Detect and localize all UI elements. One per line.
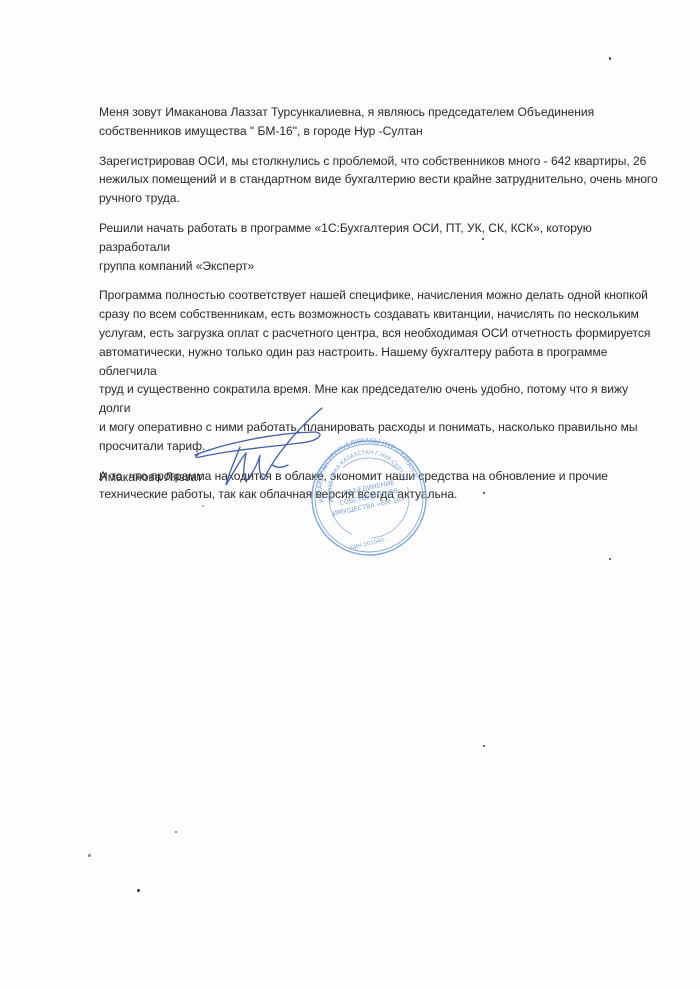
scan-speck	[175, 831, 177, 833]
scan-speck	[482, 238, 484, 240]
scan-speck	[88, 854, 91, 857]
scan-speck	[202, 505, 204, 507]
paragraph-problem: Зарегистрировав ОСИ, мы столкнулись с пр…	[99, 152, 659, 208]
scan-speck	[609, 57, 611, 60]
paragraph-solution: Решили начать работать в программе «1С:Б…	[99, 219, 659, 275]
scanned-letter-page: Меня зовут Имаканова Лаззат Турсункалиев…	[0, 0, 700, 989]
organization-stamp-icon: ҚАЗАҚСТАН РЕСПУБЛИКАСЫ НҰР-СҰЛТАН Қ. РЕС…	[308, 432, 430, 560]
scan-speck	[483, 745, 485, 747]
scan-speck	[137, 889, 140, 892]
scan-speck	[483, 492, 485, 494]
scan-speck	[609, 558, 611, 560]
paragraph-introduction: Меня зовут Имаканова Лаззат Турсункалиев…	[99, 103, 659, 141]
